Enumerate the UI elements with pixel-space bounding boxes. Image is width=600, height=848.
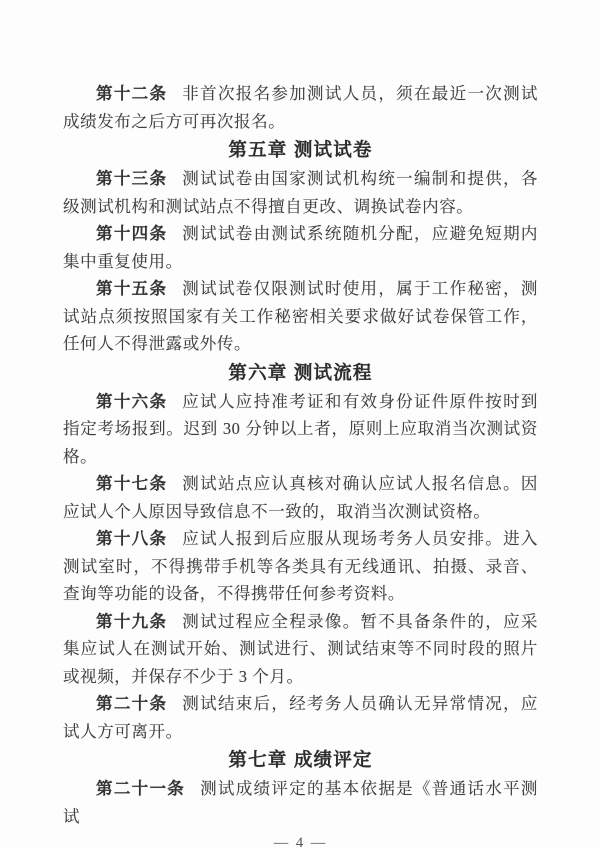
article-paragraph-17: 第十七条测试站点应认真核对确认应试人报名信息。因应试人个人原因导致信息不一致的，… bbox=[63, 470, 538, 525]
article-paragraph-15: 第十五条测试试卷仅限测试时使用，属于工作秘密，测试站点须按照国家有关工作秘密相关… bbox=[63, 275, 538, 358]
chapter-heading-7: 第七章 成绩评定 bbox=[63, 746, 538, 774]
article-paragraph-20: 第二十条测试结束后，经考务人员确认无异常情况，应试人方可离开。 bbox=[63, 690, 538, 745]
page-number: — 4 — bbox=[63, 833, 538, 848]
article-number: 第十九条 bbox=[96, 612, 167, 631]
chapter-heading-6: 第六章 测试流程 bbox=[63, 359, 538, 387]
article-paragraph-14: 第十四条测试试卷由测试系统随机分配，应避免短期内集中重复使用。 bbox=[63, 220, 538, 275]
article-paragraph-21: 第二十一条测试成绩评定的基本依据是《普通话水平测试 bbox=[63, 775, 538, 830]
article-paragraph-16: 第十六条应试人应持准考证和有效身份证件原件按时到指定考场报到。迟到 30 分钟以… bbox=[63, 388, 538, 471]
article-number: 第十八条 bbox=[96, 529, 167, 548]
article-number: 第十七条 bbox=[96, 474, 167, 493]
article-paragraph-18: 第十八条应试人报到后应服从现场考务人员安排。进入测试室时，不得携带手机等各类具有… bbox=[63, 525, 538, 608]
article-number: 第十四条 bbox=[96, 224, 167, 243]
chapter-heading-5: 第五章 测试试卷 bbox=[63, 136, 538, 164]
article-number: 第二十条 bbox=[96, 694, 167, 713]
article-paragraph-13: 第十三条测试试卷由国家测试机构统一编制和提供，各级测试机构和测试站点不得擅自更改… bbox=[63, 165, 538, 220]
article-number: 第十三条 bbox=[96, 169, 167, 188]
article-number: 第十五条 bbox=[96, 279, 167, 298]
article-number: 第二十一条 bbox=[96, 779, 185, 798]
article-number: 第十二条 bbox=[96, 84, 167, 103]
article-paragraph-19: 第十九条测试过程应全程录像。暂不具备条件的，应采集应试人在测试开始、测试进行、测… bbox=[63, 608, 538, 691]
article-paragraph-12: 第十二条非首次报名参加测试人员，须在最近一次测试成绩发布之后方可再次报名。 bbox=[63, 80, 538, 135]
document-body: 第十二条非首次报名参加测试人员，须在最近一次测试成绩发布之后方可再次报名。 第五… bbox=[63, 80, 538, 830]
article-number: 第十六条 bbox=[96, 392, 167, 411]
document-page: 第十二条非首次报名参加测试人员，须在最近一次测试成绩发布之后方可再次报名。 第五… bbox=[0, 0, 600, 848]
